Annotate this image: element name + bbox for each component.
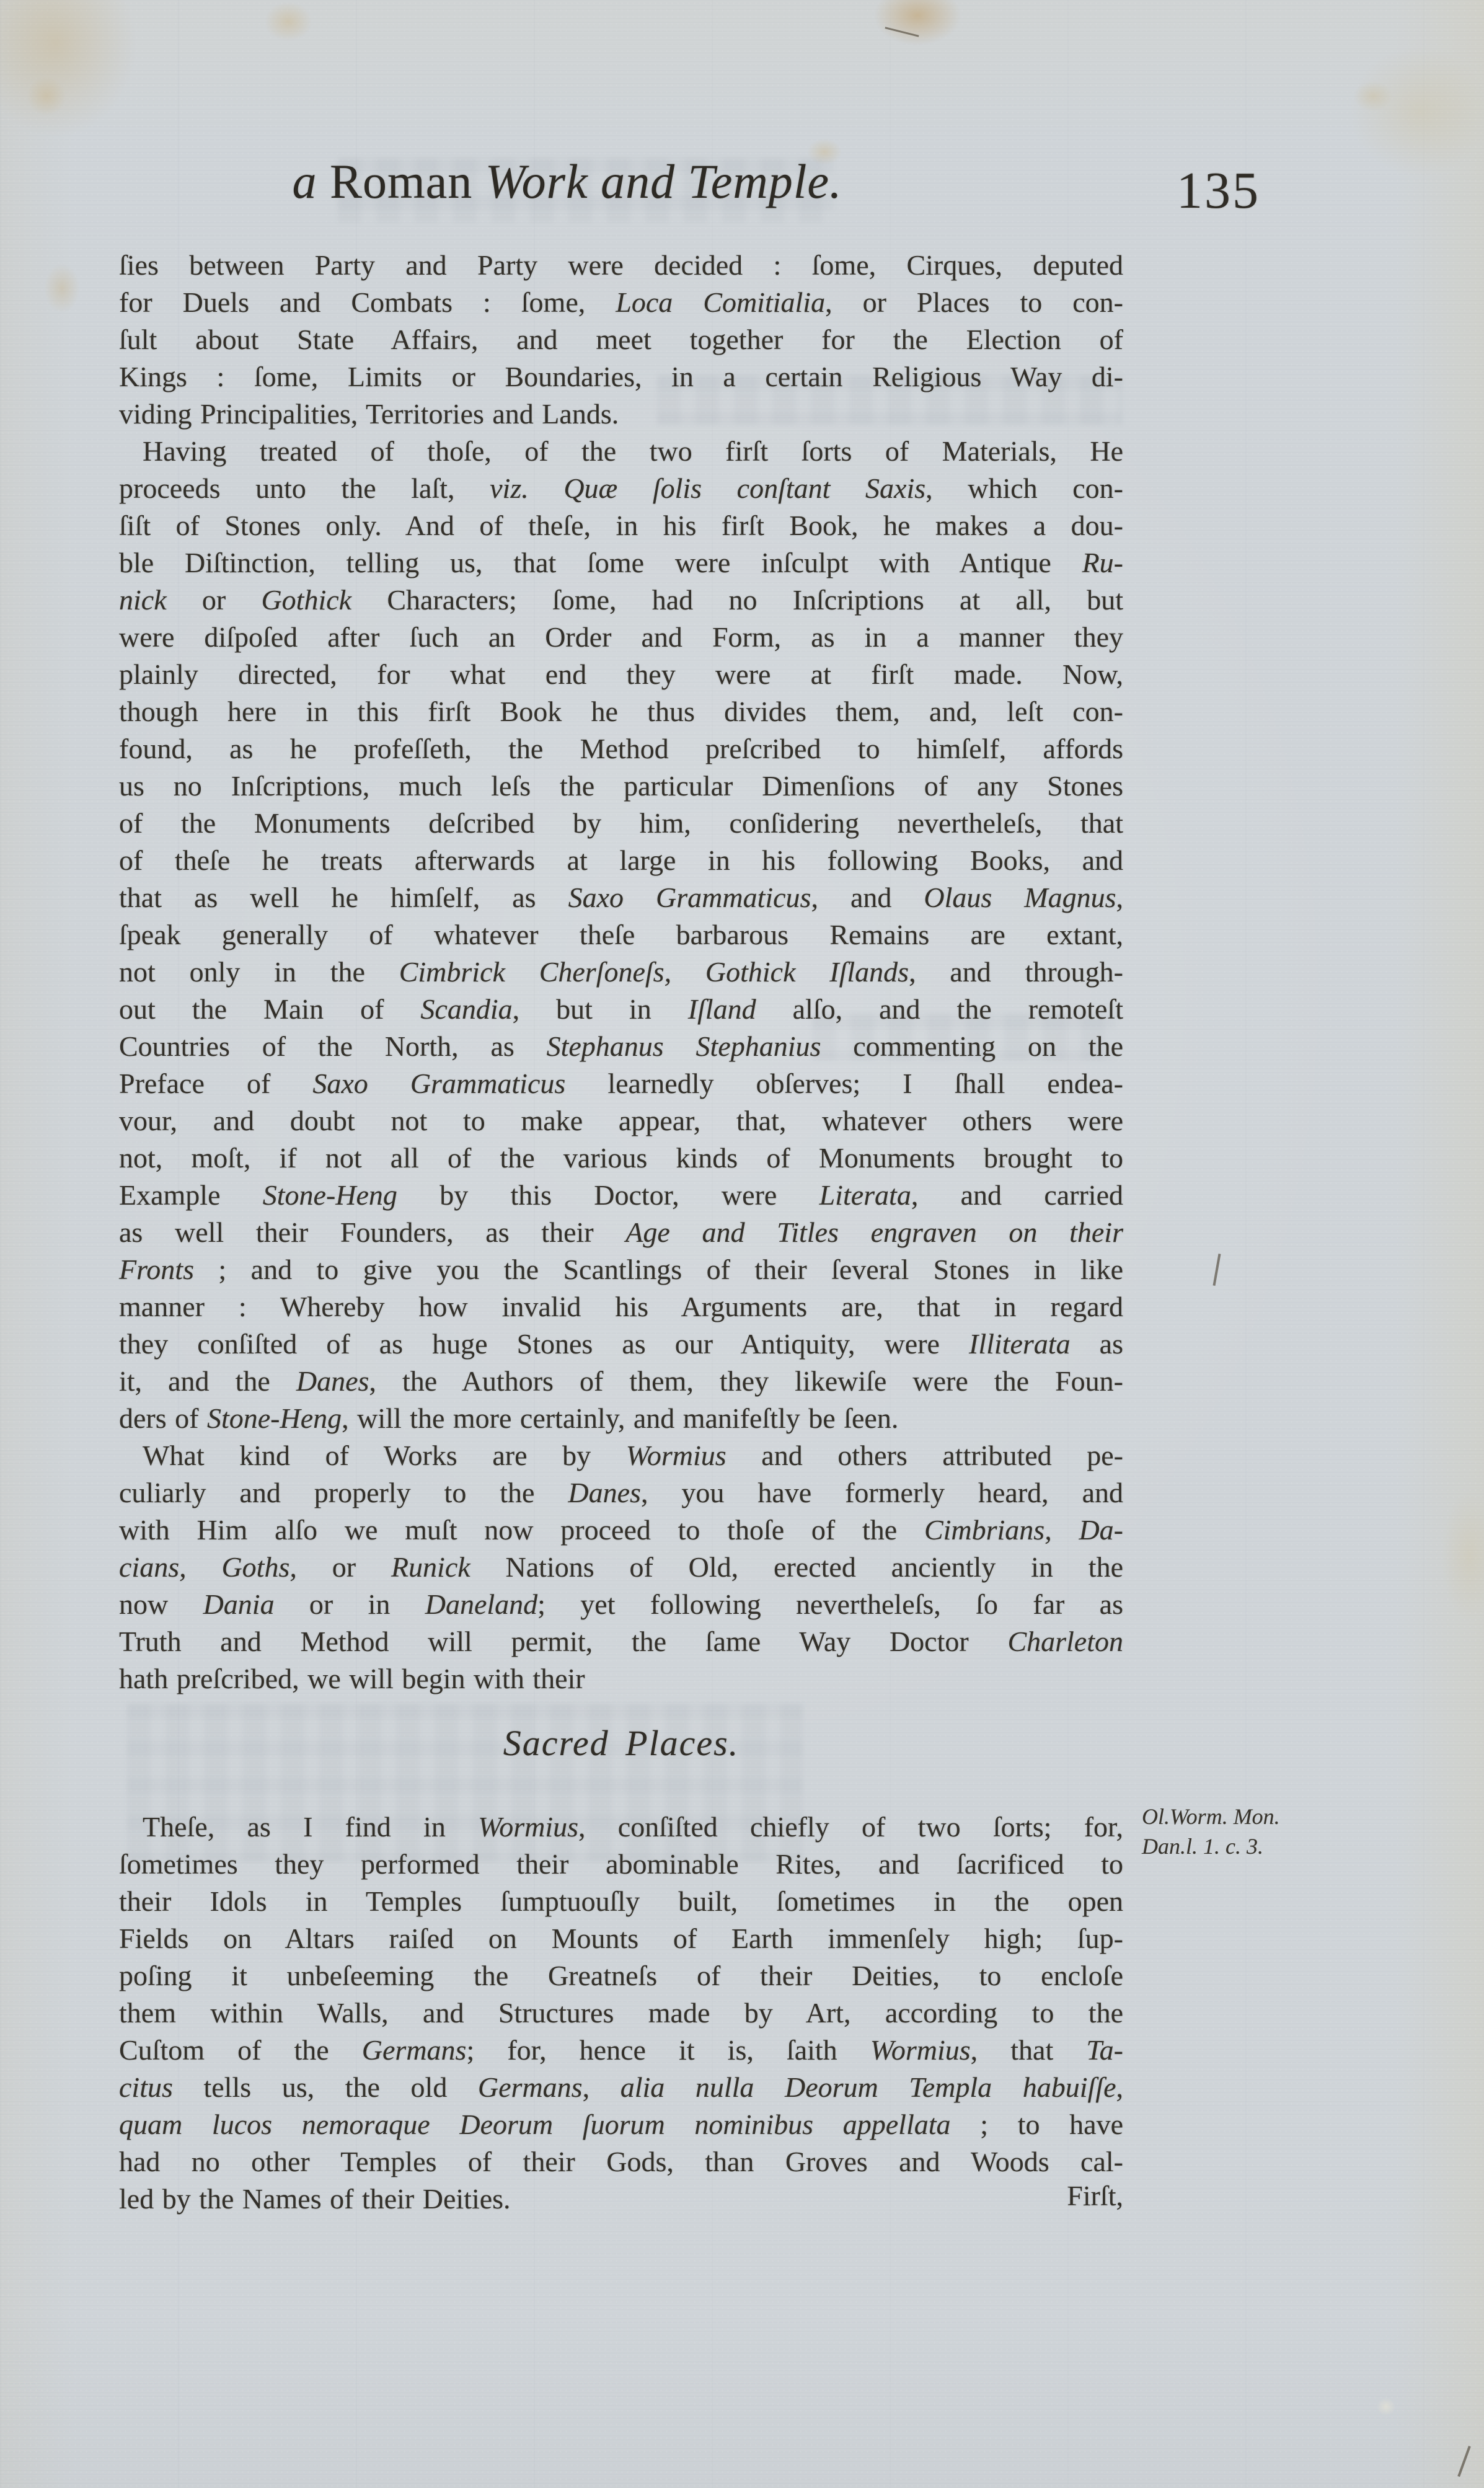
foxing-stain xyxy=(19,68,74,124)
text-segment: Example xyxy=(119,1179,263,1211)
text-segment: , xyxy=(1116,882,1124,913)
text-block: ſies between Party and Party were decide… xyxy=(119,247,1123,2218)
page-number: 135 xyxy=(1177,160,1260,222)
text-line: they conſiſted of as huge Stones as our … xyxy=(119,1326,1123,1363)
text-segment: poſing it unbeſeeming the Greatneſs of t… xyxy=(119,1960,1123,1991)
paragraph: Having treated of thoſe, of the two firſ… xyxy=(119,433,1123,1437)
text-segment: , will the more certainly, and manifeſtl… xyxy=(342,1402,898,1434)
running-header: a Roman Work and Temple. xyxy=(186,151,948,213)
text-line: quam lucos nemoraque Deorum ſuorum nomin… xyxy=(119,2106,1123,2143)
text-line: manner : Whereby how invalid his Argumen… xyxy=(119,1288,1123,1326)
text-segment: had no other Temples of their Gods, than… xyxy=(119,2146,1123,2177)
running-header-roman: Roman xyxy=(317,154,485,208)
foxing-stain xyxy=(0,0,167,174)
text-line: now Dania or in Daneland; yet following … xyxy=(119,1586,1123,1623)
text-line: plainly directed, for what end they were… xyxy=(119,656,1123,693)
hair-mark xyxy=(885,27,919,37)
text-line: Example Stone-Heng by this Doctor, were … xyxy=(119,1177,1123,1214)
text-segment: their Idols in Temples ſumptuouſly built… xyxy=(119,1885,1123,1917)
text-segment: viding Principalities, Territories and L… xyxy=(119,398,619,430)
italic-text-segment: Wormius xyxy=(626,1440,727,1471)
text-segment: ; to have xyxy=(951,2109,1123,2140)
text-line: viding Principalities, Territories and L… xyxy=(119,396,1123,433)
hair-mark xyxy=(1213,1254,1221,1286)
text-line: Theſe, as I find in Wormius, conſiſted c… xyxy=(119,1808,1123,1846)
text-line: not, moſt, if not all of the various kin… xyxy=(119,1140,1123,1177)
text-line: for Duels and Combats : ſome, Loca Comit… xyxy=(119,284,1123,321)
text-line: ſies between Party and Party were decide… xyxy=(119,247,1123,284)
text-segment: though here in this firſt Book he thus d… xyxy=(119,696,1123,727)
italic-text-segment: viz. Quæ ſolis conſtant Saxis xyxy=(490,472,925,504)
text-segment: , the Authors of them, they likewiſe wer… xyxy=(369,1365,1123,1397)
text-line: Countries of the North, as Stephanus Ste… xyxy=(119,1028,1123,1065)
italic-text-segment: Stephanus Stephanius xyxy=(547,1030,821,1062)
italic-text-segment: Saxo Grammaticus xyxy=(312,1068,565,1099)
text-segment: ; and to give you the Scantlings of thei… xyxy=(194,1254,1123,1285)
text-line: with Him alſo we muſt now proceed to tho… xyxy=(119,1512,1123,1549)
catchword: Firſt, xyxy=(1067,2177,1123,2215)
text-segment: plainly directed, for what end they were… xyxy=(119,658,1123,690)
text-segment: , but in xyxy=(513,993,688,1025)
italic-text-segment: Daneland xyxy=(425,1588,537,1620)
text-segment: , and through- xyxy=(909,956,1123,988)
text-line: Kings : ſome, Limits or Boundaries, in a… xyxy=(119,358,1123,396)
text-line: them within Walls, and Structures made b… xyxy=(119,1994,1123,2032)
text-segment: it, and the xyxy=(119,1365,296,1397)
text-segment: What kind of Works are by xyxy=(143,1440,626,1471)
italic-text-segment: Scandia xyxy=(420,993,512,1025)
text-line: of the Monuments deſcribed by him, conſi… xyxy=(119,805,1123,842)
italic-text-segment: nick xyxy=(119,584,167,616)
text-line: that as well he himſelf, as Saxo Grammat… xyxy=(119,879,1123,916)
italic-text-segment: Age and Titles engraven on their xyxy=(625,1216,1123,1248)
text-segment: Having treated of thoſe, of the two firſ… xyxy=(143,435,1123,467)
italic-text-segment: Olaus Magnus xyxy=(924,882,1116,913)
text-line: Preface of Saxo Grammaticus learnedly ob… xyxy=(119,1065,1123,1102)
text-segment: vour, and doubt not to make appear, that… xyxy=(119,1105,1123,1136)
text-segment: , and xyxy=(811,882,924,913)
text-line: proceeds unto the laſt, viz. Quæ ſolis c… xyxy=(119,470,1123,507)
text-segment: commenting on the xyxy=(821,1030,1123,1062)
text-segment: ; for, hence it is, ſaith xyxy=(466,2034,870,2066)
italic-text-segment: Loca Comitialia xyxy=(616,286,825,318)
foxing-stain xyxy=(254,0,322,50)
text-line: were diſpoſed after ſuch an Order and Fo… xyxy=(119,619,1123,656)
italic-text-segment: Stone-Heng xyxy=(263,1179,397,1211)
book-page-scan: a Roman Work and Temple. 135 ſies betwee… xyxy=(0,0,1484,2488)
text-line: led by the Names of their Deities. xyxy=(119,2180,1123,2218)
text-line: though here in this firſt Book he thus d… xyxy=(119,693,1123,730)
italic-text-segment: Dania xyxy=(203,1588,275,1620)
paragraph: What kind of Works are by Wormius and ot… xyxy=(119,1437,1123,1698)
text-segment: were diſpoſed after ſuch an Order and Fo… xyxy=(119,621,1123,653)
text-segment: proceeds unto the laſt, xyxy=(119,472,490,504)
foxing-stain xyxy=(859,0,976,56)
margin-note-line: Ol.Worm. Mon. xyxy=(1142,1802,1328,1831)
italic-text-segment: Literata xyxy=(819,1179,911,1211)
hair-mark xyxy=(1457,2446,1471,2477)
margin-note-line: Dan.l. 1. c. 3. xyxy=(1142,1831,1328,1861)
text-segment: learnedly obſerves; I ſhall endea- xyxy=(565,1068,1123,1099)
text-line: cians, Goths, or Runick Nations of Old, … xyxy=(119,1549,1123,1586)
italic-text-segment: Cimbrick Cherſoneſs, Gothick Iſlands xyxy=(399,956,909,988)
text-line: nick or Gothick Characters; ſome, had no… xyxy=(119,582,1123,619)
paper-fleck xyxy=(1373,2394,1399,2419)
italic-text-segment: Illiterata xyxy=(969,1328,1071,1360)
text-line: ble Diſtinction, telling us, that ſome w… xyxy=(119,544,1123,582)
italic-text-segment: alia nulla Deorum Templa habuiſſe xyxy=(621,2071,1116,2103)
foxing-stain xyxy=(1432,1469,1484,1643)
text-line: culiarly and properly to the Danes, you … xyxy=(119,1474,1123,1512)
italic-text-segment: Danes xyxy=(568,1477,641,1508)
text-segment: with Him alſo we muſt now proceed to tho… xyxy=(119,1514,924,1546)
text-segment: by this Doctor, were xyxy=(397,1179,819,1211)
text-segment: of theſe he treats afterwards at large i… xyxy=(119,844,1123,876)
text-segment: and others attributed pe- xyxy=(727,1440,1123,1471)
text-segment: Truth and Method will permit, the ſame W… xyxy=(119,1626,1007,1657)
text-segment: tells us, the old xyxy=(173,2071,478,2103)
text-line: Fronts ; and to give you the Scantlings … xyxy=(119,1251,1123,1288)
text-segment: manner : Whereby how invalid his Argumen… xyxy=(119,1291,1123,1322)
text-segment: of the Monuments deſcribed by him, conſi… xyxy=(119,807,1123,839)
text-segment: , you have formerly heard, and xyxy=(641,1477,1123,1508)
text-segment: Kings : ſome, Limits or Boundaries, in a… xyxy=(119,361,1123,392)
text-line: ſiſt of Stones only. And of theſe, in hi… xyxy=(119,507,1123,544)
italic-text-segment: Wormius xyxy=(478,1811,578,1843)
text-segment: alſo, and the remoteſt xyxy=(756,993,1123,1025)
text-line: out the Main of Scandia, but in Iſland a… xyxy=(119,991,1123,1028)
text-segment: not, moſt, if not all of the various kin… xyxy=(119,1142,1123,1174)
text-segment: they conſiſted of as huge Stones as our … xyxy=(119,1328,969,1360)
text-line: citus tells us, the old Germans, alia nu… xyxy=(119,2069,1123,2106)
text-segment: led by the Names of their Deities. xyxy=(119,2183,511,2215)
text-line: hath preſcribed, we will begin with thei… xyxy=(119,1660,1123,1698)
text-segment: , that xyxy=(971,2034,1087,2066)
text-segment: , which con- xyxy=(925,472,1123,504)
italic-text-segment: Charleton xyxy=(1007,1626,1123,1657)
text-segment: not only in the xyxy=(119,956,399,988)
text-segment: that as well he himſelf, as xyxy=(119,882,568,913)
text-segment: for Duels and Combats : ſome, xyxy=(119,286,616,318)
text-segment: ſult about State Affairs, and meet toget… xyxy=(119,324,1123,355)
italic-text-segment: cians, Goths, xyxy=(119,1551,297,1583)
text-line: of theſe he treats afterwards at large i… xyxy=(119,842,1123,879)
text-segment: Characters; ſome, had no Inſcriptions at… xyxy=(351,584,1123,616)
text-line: us no Inſcriptions, much leſs the partic… xyxy=(119,768,1123,805)
foxing-stain xyxy=(1345,74,1401,118)
paragraph-group-lower: Theſe, as I find in Wormius, conſiſted c… xyxy=(119,1808,1123,2218)
text-line: vour, and doubt not to make appear, that… xyxy=(119,1102,1123,1140)
text-segment: ſiſt of Stones only. And of theſe, in hi… xyxy=(119,510,1123,541)
text-line: ſult about State Affairs, and meet toget… xyxy=(119,321,1123,358)
text-segment: hath preſcribed, we will begin with thei… xyxy=(119,1663,585,1694)
italic-text-segment: quam lucos nemoraque Deorum ſuorum nomin… xyxy=(119,2109,951,2140)
italic-text-segment: Iſland xyxy=(688,993,756,1025)
text-segment: Preface of xyxy=(119,1068,312,1099)
text-line: Having treated of thoſe, of the two firſ… xyxy=(119,433,1123,470)
italic-text-segment: Stone-Heng xyxy=(207,1402,342,1434)
text-line: their Idols in Temples ſumptuouſly built… xyxy=(119,1883,1123,1920)
text-segment: Nations of Old, erected anciently in the xyxy=(470,1551,1123,1583)
text-segment: now xyxy=(119,1588,203,1620)
text-line: had no other Temples of their Gods, than… xyxy=(119,2143,1123,2180)
text-line: as well their Founders, as their Age and… xyxy=(119,1214,1123,1251)
text-segment: , xyxy=(1116,2071,1124,2103)
text-line: found, as he profeſſeth, the Method preſ… xyxy=(119,730,1123,768)
text-line: Truth and Method will permit, the ſame W… xyxy=(119,1623,1123,1660)
text-segment: ble Diſtinction, telling us, that ſome w… xyxy=(119,547,1082,578)
foxing-stain xyxy=(37,254,87,322)
text-segment: ſies between Party and Party were decide… xyxy=(119,249,1123,281)
text-line: ſometimes they performed their abominabl… xyxy=(119,1846,1123,1883)
italic-text-segment: Wormius xyxy=(870,2034,971,2066)
text-segment: Countries of the North, as xyxy=(119,1030,547,1062)
italic-text-segment: citus xyxy=(119,2071,173,2103)
italic-text-segment: Ta- xyxy=(1086,2034,1123,2066)
paragraph: ſies between Party and Party were decide… xyxy=(119,247,1123,433)
text-line: not only in the Cimbrick Cherſoneſs, Got… xyxy=(119,954,1123,991)
text-segment: them within Walls, and Structures made b… xyxy=(119,1997,1123,2029)
running-header-article: a xyxy=(292,154,317,208)
text-segment: ſometimes they performed their abominabl… xyxy=(119,1848,1123,1880)
paragraph: Theſe, as I find in Wormius, conſiſted c… xyxy=(119,1808,1123,2218)
text-line: Fields on Altars raiſed on Mounts of Ear… xyxy=(119,1920,1123,1957)
italic-text-segment: Runick xyxy=(391,1551,470,1583)
text-segment: Cuſtom of the xyxy=(119,2034,362,2066)
margin-note: Ol.Worm. Mon. Dan.l. 1. c. 3. xyxy=(1142,1802,1328,1861)
text-segment: culiarly and properly to the xyxy=(119,1477,568,1508)
text-segment: or in xyxy=(275,1588,425,1620)
text-segment: , conſiſted chiefly of two ſorts; for, xyxy=(578,1811,1123,1843)
text-segment: ; yet following nevertheleſs, ſo far as xyxy=(537,1588,1123,1620)
text-segment: out the Main of xyxy=(119,993,420,1025)
text-segment: as xyxy=(1071,1328,1123,1360)
text-line: Cuſtom of the Germans; for, hence it is,… xyxy=(119,2032,1123,2069)
text-segment: Theſe, as I find in xyxy=(143,1811,478,1843)
running-header-italic: Work and Temple. xyxy=(485,154,842,208)
text-segment: ders of xyxy=(119,1402,207,1434)
text-segment: Fields on Altars raiſed on Mounts of Ear… xyxy=(119,1923,1123,1954)
text-segment: ſpeak generally of whatever theſe barbar… xyxy=(119,919,1123,950)
italic-text-segment: Saxo Grammaticus xyxy=(568,882,811,913)
text-segment: us no Inſcriptions, much leſs the partic… xyxy=(119,770,1123,802)
text-segment: as well their Founders, as their xyxy=(119,1216,625,1248)
text-segment: , or Places to con- xyxy=(825,286,1123,318)
text-line: What kind of Works are by Wormius and ot… xyxy=(119,1437,1123,1474)
text-line: ders of Stone-Heng, will the more certai… xyxy=(119,1400,1123,1437)
section-heading: Sacred Places. xyxy=(119,1719,1123,1768)
text-segment: or xyxy=(167,584,262,616)
italic-text-segment: Germans xyxy=(362,2034,467,2066)
italic-text-segment: Fronts xyxy=(119,1254,194,1285)
text-segment: , xyxy=(583,2071,621,2103)
text-line: ſpeak generally of whatever theſe barbar… xyxy=(119,916,1123,954)
text-line: it, and the Danes, the Authors of them, … xyxy=(119,1363,1123,1400)
text-segment: , and carried xyxy=(911,1179,1123,1211)
italic-text-segment: Ru- xyxy=(1082,547,1123,578)
italic-text-segment: Germans xyxy=(478,2071,583,2103)
italic-text-segment: Danes xyxy=(296,1365,369,1397)
paragraph-group-upper: ſies between Party and Party were decide… xyxy=(119,247,1123,1698)
italic-text-segment: Gothick xyxy=(261,584,351,616)
text-segment: found, as he profeſſeth, the Method preſ… xyxy=(119,733,1123,764)
text-line: poſing it unbeſeeming the Greatneſs of t… xyxy=(119,1957,1123,1994)
italic-text-segment: Cimbrians, Da- xyxy=(924,1514,1123,1546)
foxing-stain xyxy=(1327,25,1484,198)
text-segment: or xyxy=(297,1551,391,1583)
